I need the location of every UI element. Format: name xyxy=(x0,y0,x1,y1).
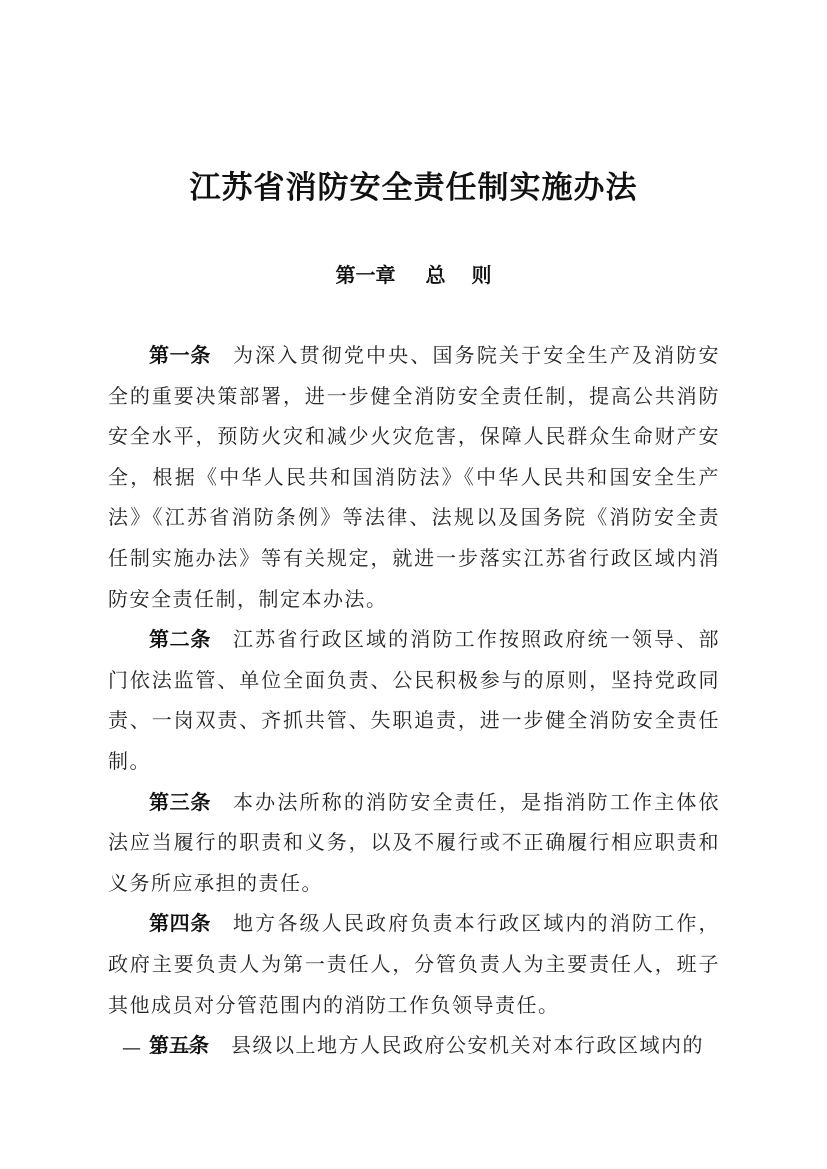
chapter-heading: 第一章总则 xyxy=(0,260,827,290)
page-number: — 2 — xyxy=(122,1037,194,1059)
document-body: 第一条为深入贯彻党中央、国务院关于安全生产及消防安全的重要决策部署，进一步健全消… xyxy=(108,335,720,1066)
article-text: 县级以上地方人民政府公安机关对本行政区域内的 xyxy=(231,1033,704,1057)
article-2: 第二条江苏省行政区域的消防工作按照政府统一领导、部门依法监管、单位全面负责、公民… xyxy=(108,619,720,781)
document-page: 江苏省消防安全责任制实施办法 第一章总则 第一条为深入贯彻党中央、国务院关于安全… xyxy=(0,0,827,1169)
chapter-name-part2: 则 xyxy=(472,260,492,290)
chapter-number: 第一章 xyxy=(336,260,396,290)
document-title: 江苏省消防安全责任制实施办法 xyxy=(0,166,827,210)
article-label: 第三条 xyxy=(149,790,211,814)
article-3: 第三条本办法所称的消防安全责任，是指消防工作主体依法应当履行的职责和义务，以及不… xyxy=(108,782,720,904)
article-label: 第二条 xyxy=(149,627,211,651)
chapter-name-part1: 总 xyxy=(426,260,446,290)
article-label: 第一条 xyxy=(149,343,211,367)
article-5: 第五条县级以上地方人民政府公安机关对本行政区域内的 xyxy=(108,1025,720,1066)
article-4: 第四条地方各级人民政府负责本行政区域内的消防工作，政府主要负责人为第一责任人，分… xyxy=(108,903,720,1025)
article-text: 为深入贯彻党中央、国务院关于安全生产及消防安全的重要决策部署，进一步健全消防安全… xyxy=(108,343,720,611)
article-label: 第四条 xyxy=(149,911,211,935)
article-1: 第一条为深入贯彻党中央、国务院关于安全生产及消防安全的重要决策部署，进一步健全消… xyxy=(108,335,720,619)
